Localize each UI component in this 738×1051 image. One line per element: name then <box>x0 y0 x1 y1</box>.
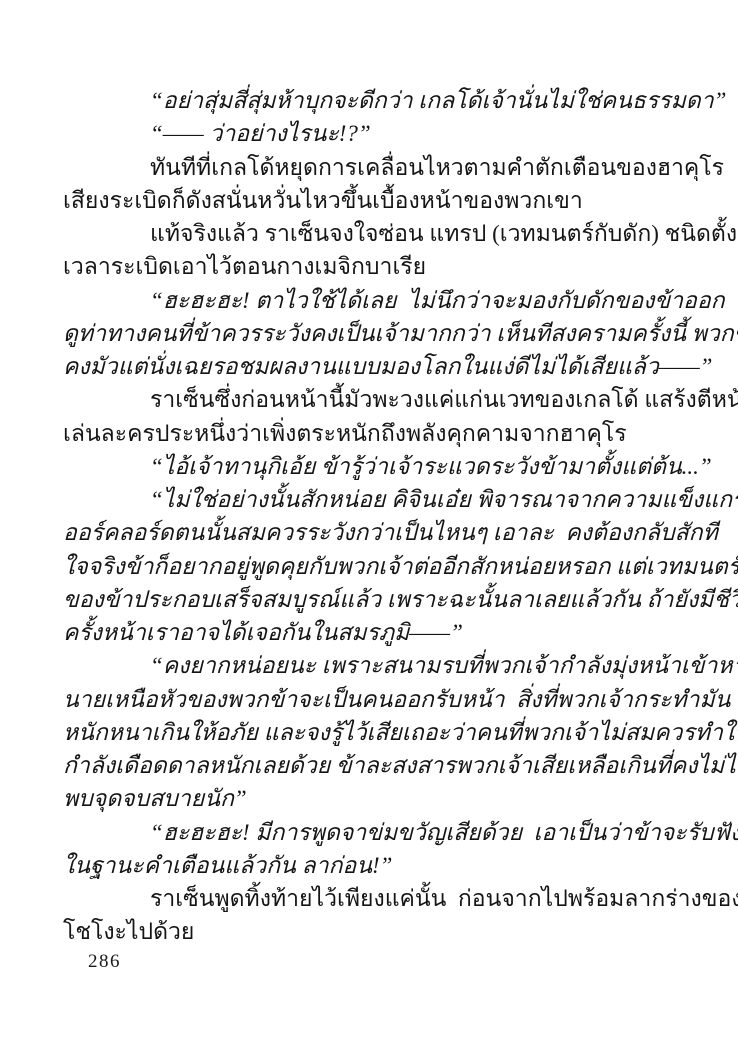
text-line: “อย่าสุ่มสี่สุ่มห้าบุกจะดีกว่า เกลโด้เจ้… <box>63 84 679 117</box>
text-line: ราเซ็นพูดทิ้งท้ายไว้เพียงแค่นั้น ก่อนจาก… <box>63 882 679 915</box>
text-line: กำลังเดือดดาลหนักเลยด้วย ข้าละสงสารพวกเจ… <box>63 749 679 782</box>
text-line: “ฮะฮะฮะ! ตาไวใช้ได้เลย ไม่นึกว่าจะมองกับ… <box>63 284 679 317</box>
page-number: 286 <box>88 951 121 973</box>
text-line: ของข้าประกอบเสร็จสมบูรณ์แล้ว เพราะฉะนั้น… <box>63 583 679 616</box>
text-line: คงมัวแต่นั่งเฉยรอชมผลงานแบบมองโลกในแง่ดี… <box>63 350 679 383</box>
text-line: “ไอ้เจ้าทานุกิเอ้ย ข้ารู้ว่าเจ้าระแวดระว… <box>63 450 679 483</box>
text-line: ครั้งหน้าเราอาจได้เจอกันในสมรภูมิ——” <box>63 616 679 649</box>
text-line: ใจจริงข้าก็อยากอยู่พูดคุยกับพวกเจ้าต่ออี… <box>63 550 679 583</box>
text-line: เวลาระเบิดเอาไว้ตอนกางเมจิกบาเรีย <box>63 250 679 283</box>
text-line: “ฮะฮะฮะ! มีการพูดจาข่มขวัญเสียด้วย เอาเป… <box>63 816 679 849</box>
text-line: “ไม่ใช่อย่างนั้นสักหน่อย คิจินเอ๋ย พิจาร… <box>63 483 679 516</box>
text-line: ทันทีที่เกลโด้หยุดการเคลื่อนไหวตามคำตักเ… <box>63 151 679 184</box>
text-line: นายเหนือหัวของพวกข้าจะเป็นคนออกรับหน้า ส… <box>63 683 679 716</box>
text-line: ในฐานะคำเตือนแล้วกัน ลาก่อน!” <box>63 849 679 882</box>
text-line: ดูท่าทางคนที่ข้าควรระวังคงเป็นเจ้ามากกว่… <box>63 317 679 350</box>
text-line: แท้จริงแล้ว ราเซ็นจงใจซ่อน แทรป (เวทมนตร… <box>63 217 679 250</box>
book-page: “อย่าสุ่มสี่สุ่มห้าบุกจะดีกว่า เกลโด้เจ้… <box>0 0 738 1051</box>
text-line: พบจุดจบสบายนัก” <box>63 782 679 815</box>
text-line: โชโงะไปด้วย <box>63 915 679 948</box>
text-line: ออร์คลอร์ดตนนั้นสมควรระวังกว่าเป็นไหนๆ เ… <box>63 516 679 549</box>
text-line: เล่นละครประหนึ่งว่าเพิ่งตระหนักถึงพลังคุ… <box>63 417 679 450</box>
text-line: หนักหนาเกินให้อภัย และจงรู้ไว้เสียเถอะว่… <box>63 716 679 749</box>
text-block: “อย่าสุ่มสี่สุ่มห้าบุกจะดีกว่า เกลโด้เจ้… <box>63 84 679 949</box>
text-line: “คงยากหน่อยนะ เพราะสนามรบที่พวกเจ้ากำลัง… <box>63 649 679 682</box>
text-line: “—— ว่าอย่างไรนะ!?” <box>63 117 679 150</box>
text-line: เสียงระเบิดก็ดังสนั่นหวั่นไหวขึ้นเบื้องห… <box>63 184 679 217</box>
text-line: ราเซ็นซึ่งก่อนหน้านี้มัวพะวงแค่แก่นเวทขอ… <box>63 383 679 416</box>
